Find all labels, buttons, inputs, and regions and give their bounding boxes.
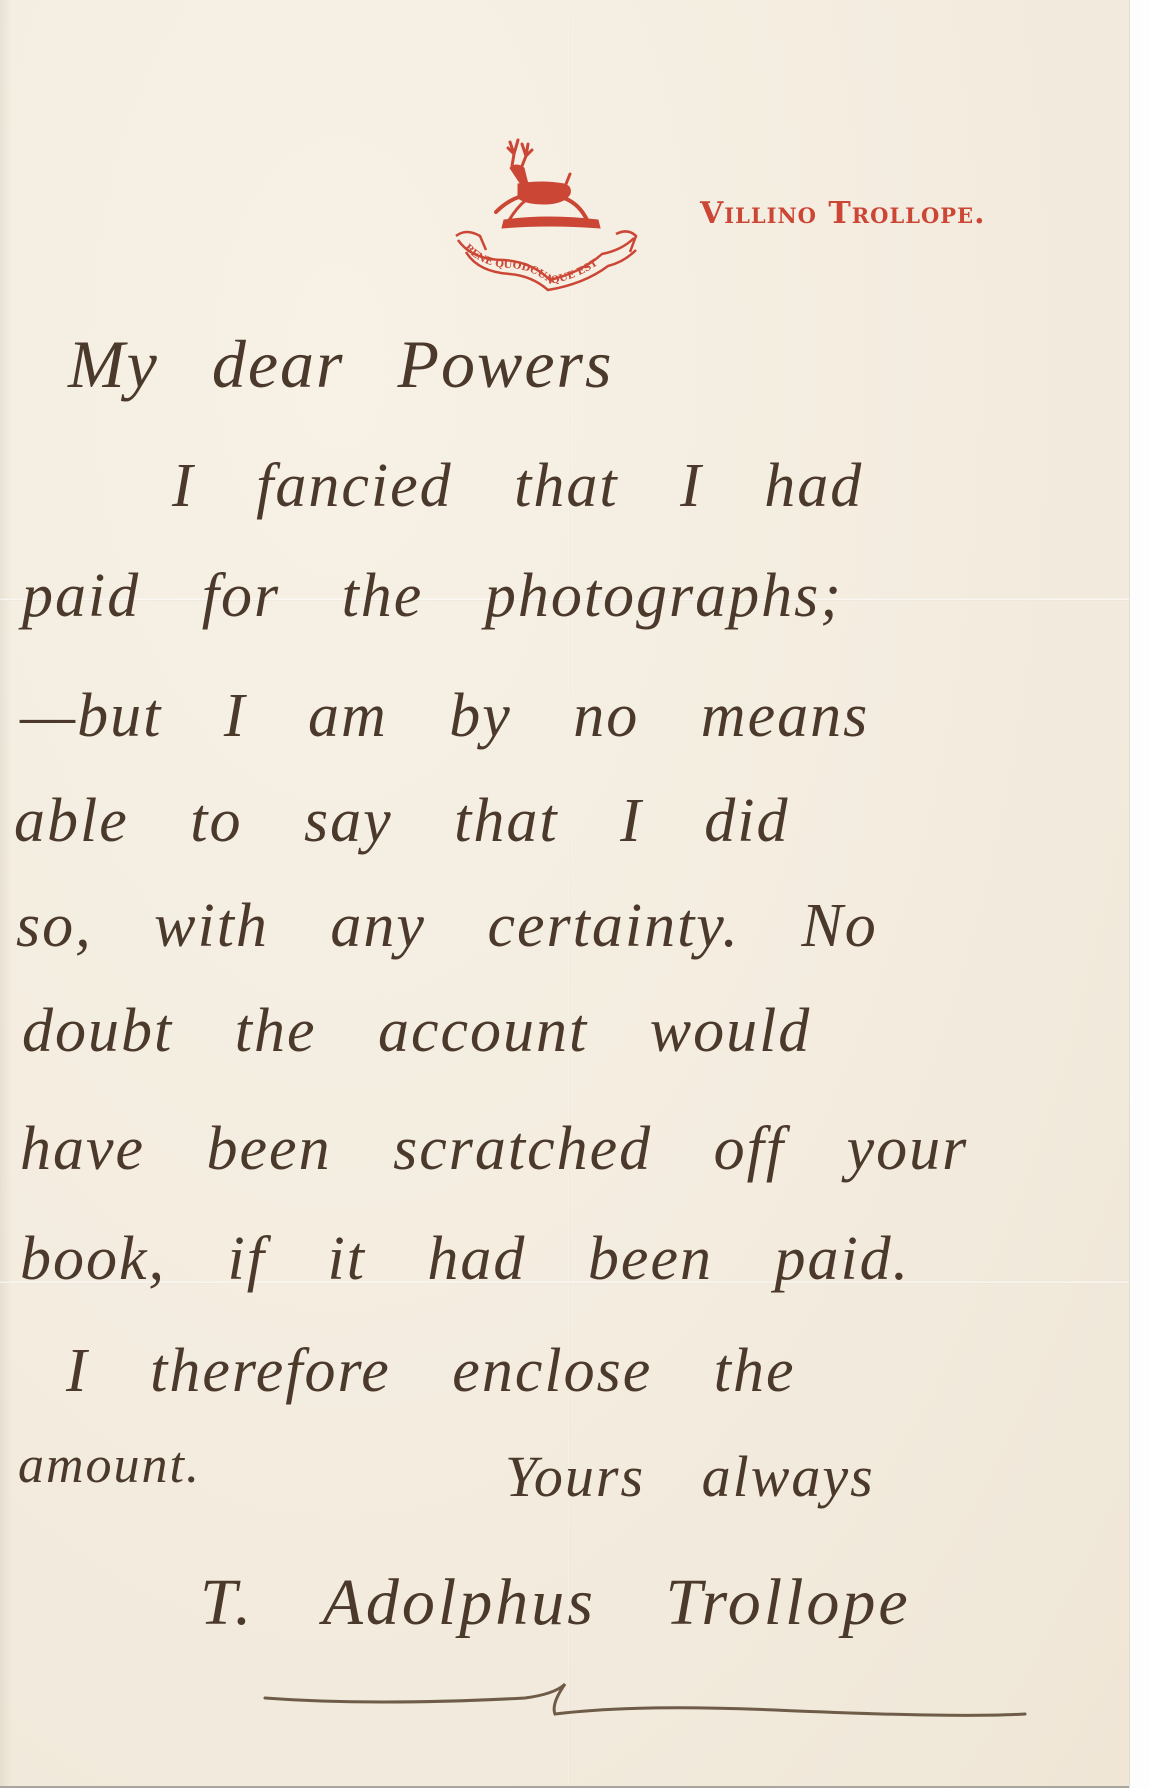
body-line-5: so, with any certainty. No [16,895,878,957]
body-line-2: paid for the photographs; [22,565,843,627]
body-line-1: I fancied that I had [172,455,863,517]
signature-flourish-icon [255,1680,1075,1730]
body-line-10: amount. [18,1440,201,1492]
body-line-9: I therefore enclose the [66,1340,795,1402]
letter-paper: BENE QUODCUNQUE EST Villino Trollope. My… [0,0,1129,1788]
body-line-4: able to say that I did [14,790,789,852]
salutation: My dear Powers [68,330,613,398]
letterhead-title: Villino Trollope. [700,196,986,231]
signature: T. Adolphus Trollope [200,1570,911,1636]
body-line-6: doubt the account would [22,1000,811,1062]
closing: Yours always [505,1448,875,1506]
stag-crest-icon: BENE QUODCUNQUE EST [452,132,642,292]
body-line-7: have been scratched off your [20,1118,968,1180]
body-line-8: book, if it had been paid. [20,1228,910,1290]
body-line-3: —but I am by no means [20,685,869,747]
